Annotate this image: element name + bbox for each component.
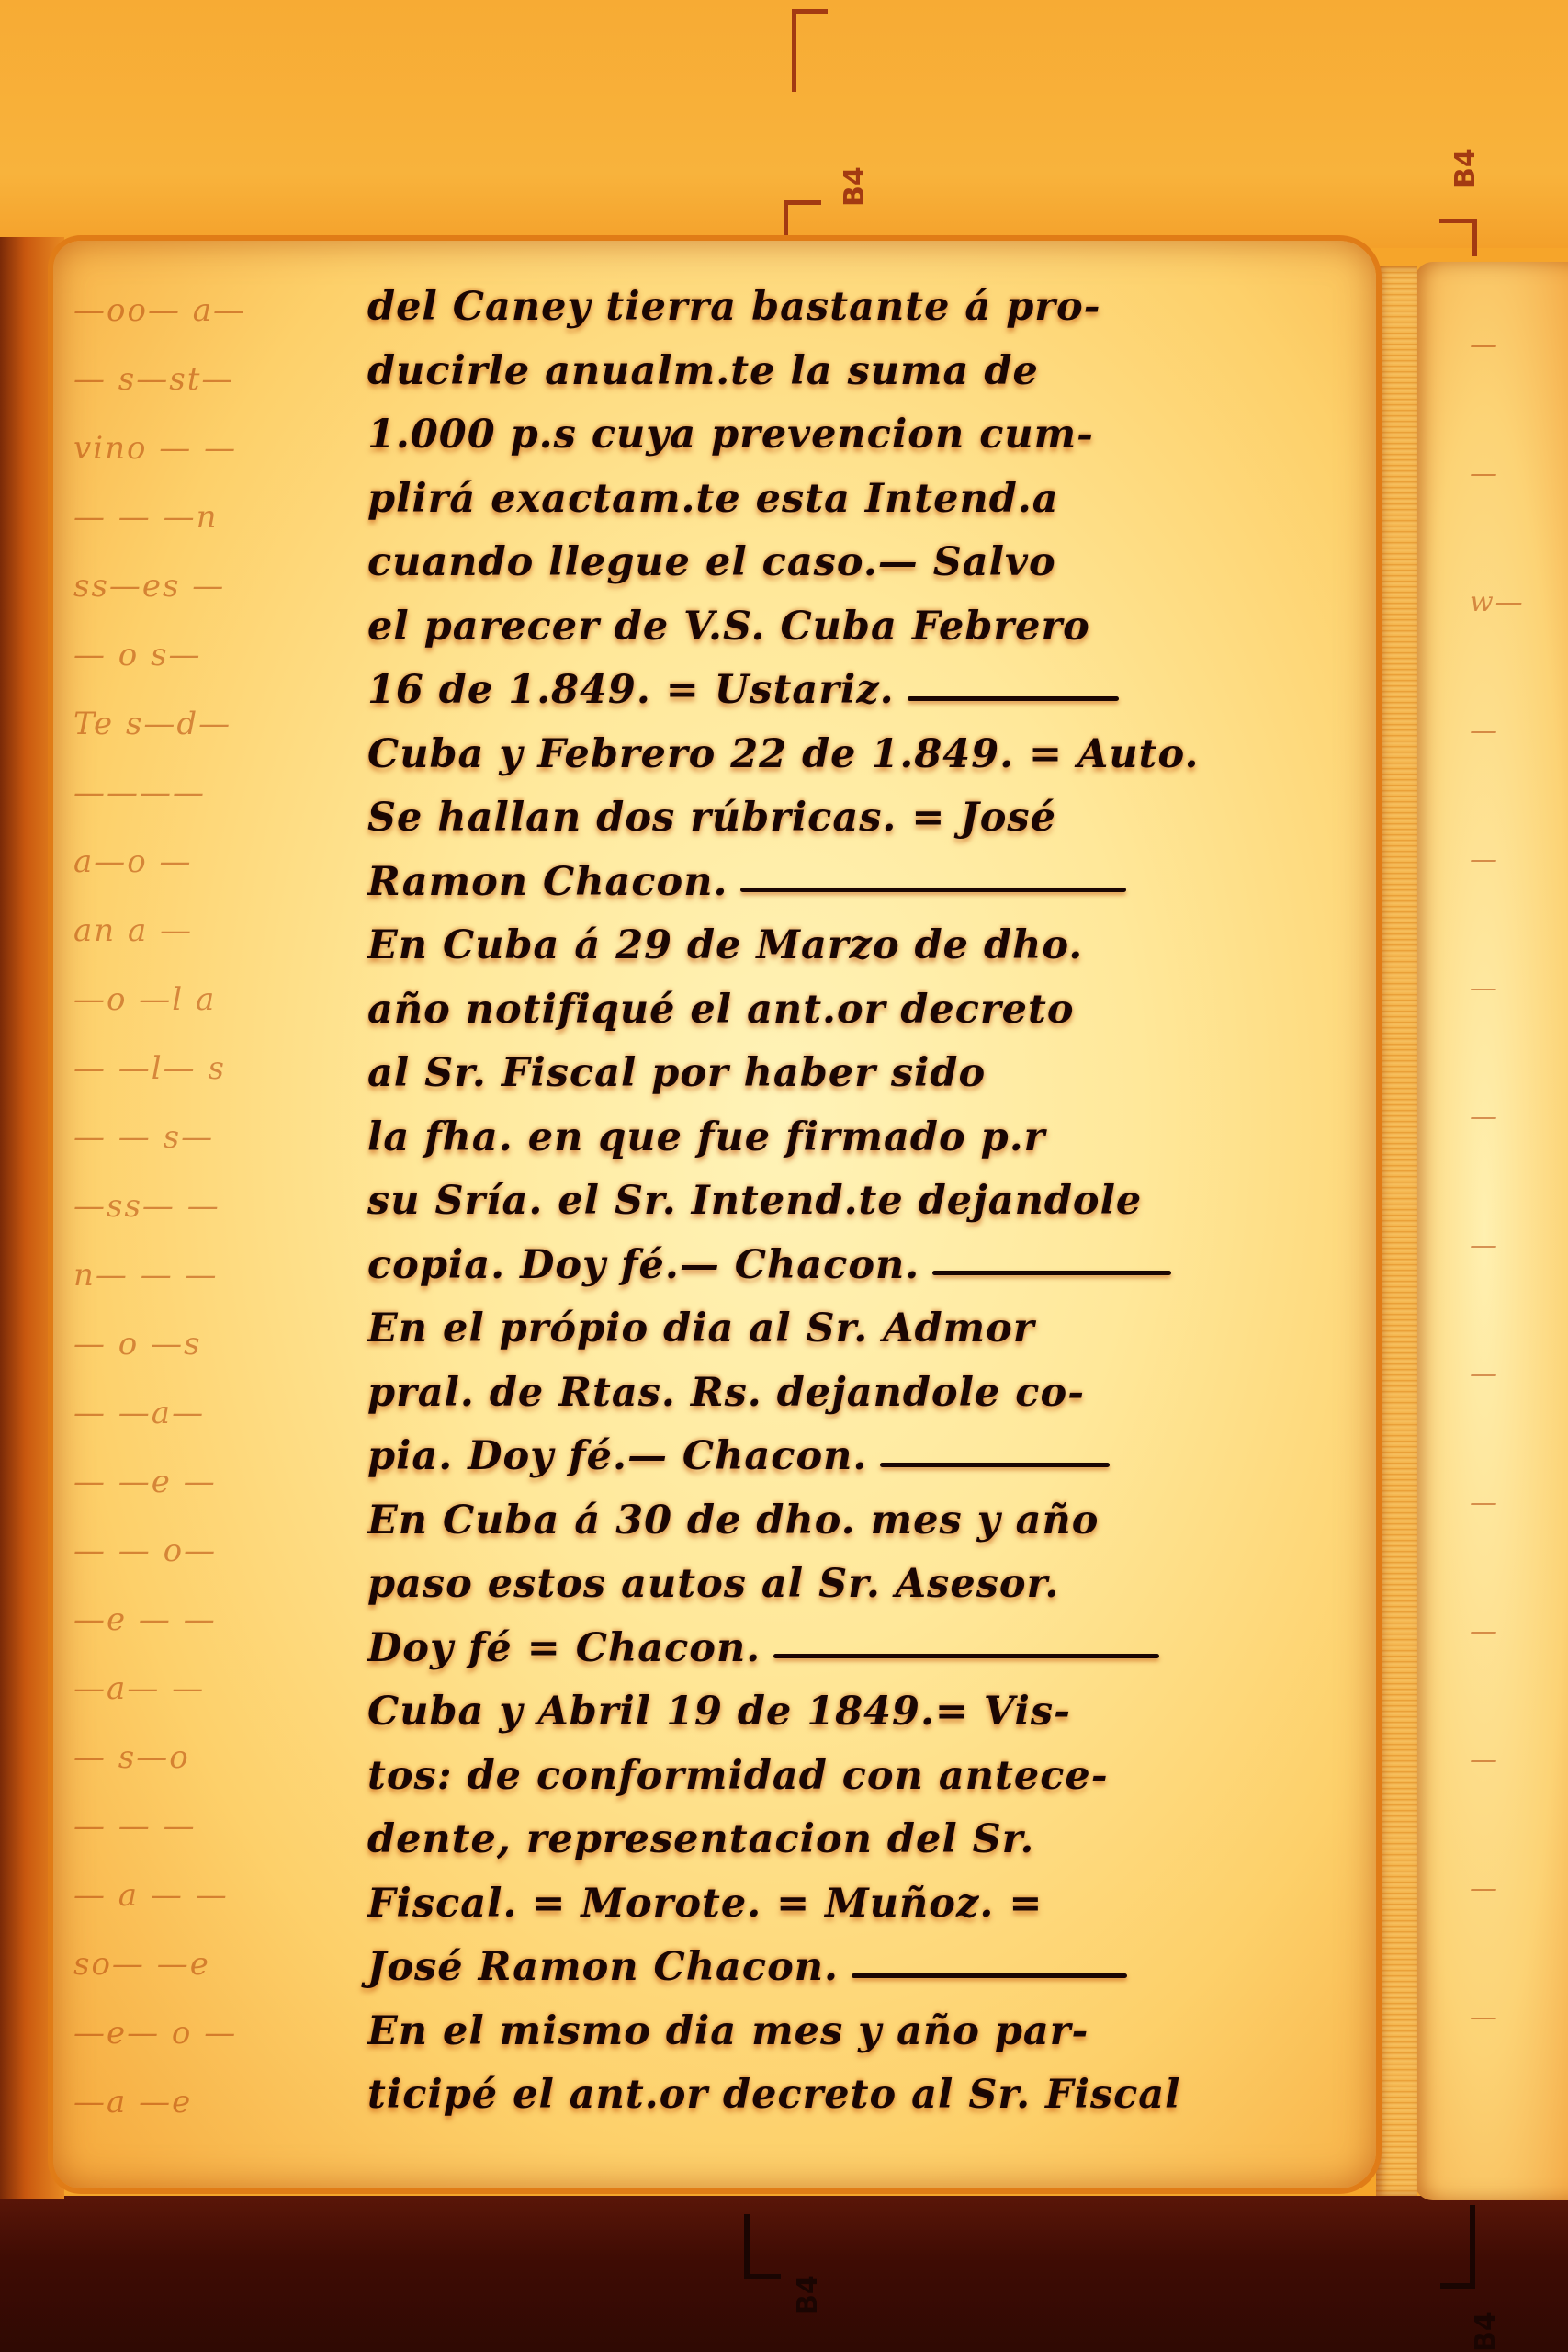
- bleed-line: —: [1470, 1856, 1568, 1984]
- manuscript-line: 16 de 1.849. = Ustariz.: [367, 659, 1350, 723]
- manuscript-line: Se hallan dos rúbricas. = José: [367, 786, 1350, 851]
- manuscript-line-text: Cuba y Febrero 22 de 1.849. = Auto.: [367, 731, 1199, 777]
- manuscript-line-text: pia. Doy fé.— Chacon.: [367, 1433, 867, 1479]
- bleed-line: —oo— a—: [73, 276, 377, 345]
- manuscript-line-text: 16 de 1.849. = Ustariz.: [367, 667, 895, 713]
- bleed-line: — — s—: [73, 1102, 377, 1171]
- bleed-line: —: [1470, 1470, 1568, 1599]
- bleed-line: — —l— s: [73, 1034, 377, 1102]
- bleed-line: — s—o: [73, 1723, 377, 1792]
- manuscript-line-text: del Caney tierra bastante á pro-: [367, 284, 1100, 330]
- manuscript-line: el parecer de V.S. Cuba Febrero: [367, 595, 1350, 660]
- manuscript-line-text: cuando llegue el caso.— Salvo: [367, 539, 1056, 585]
- manuscript-line: dente, representacion del Sr.: [367, 1808, 1350, 1872]
- bleed-line: — —e —: [73, 1447, 377, 1516]
- manuscript-line-text: En el própio dia al Sr. Admor: [367, 1306, 1035, 1351]
- manuscript-line-text: En Cuba á 30 de dho. mes y año: [367, 1498, 1099, 1543]
- manuscript-line: pral. de Rtas. Rs. dejandole co-: [367, 1362, 1350, 1426]
- manuscript-text-block: del Caney tierra bastante á pro-ducirle …: [367, 276, 1350, 2128]
- crop-mark-top-left-upper: [792, 9, 828, 92]
- crop-mark-bottom-left: [744, 2214, 781, 2279]
- manuscript-line: 1.000 p.s cuya prevencion cum-: [367, 403, 1350, 468]
- manuscript-line: José Ramon Chacon.: [367, 1936, 1350, 2000]
- bleed-line: —: [1470, 1341, 1568, 1470]
- archive-mark-top-left: B4: [839, 166, 871, 207]
- manuscript-line: plirá exactam.te esta Intend.a: [367, 468, 1350, 532]
- bleed-line: —o —l a: [73, 965, 377, 1034]
- bleed-line: — s—st—: [73, 345, 377, 413]
- bleed-line: —: [1470, 441, 1568, 570]
- manuscript-line-text: paso estos autos al Sr. Asesor.: [367, 1561, 1059, 1607]
- manuscript-line: la fha. en que fue firmado p.r: [367, 1106, 1350, 1170]
- manuscript-line-text: Doy fé = Chacon.: [367, 1625, 761, 1671]
- manuscript-line-text: En Cuba á 29 de Marzo de dho.: [367, 922, 1083, 968]
- manuscript-line-text: pral. de Rtas. Rs. dejandole co-: [367, 1370, 1085, 1416]
- scan-background-bottom: [0, 2196, 1568, 2352]
- archive-mark-bottom-right: B4: [1470, 2312, 1502, 2352]
- archive-mark-bottom-left: B4: [792, 2275, 824, 2315]
- manuscript-line: al Sr. Fiscal por haber sido: [367, 1042, 1350, 1106]
- bleed-line: —a —e: [73, 2067, 377, 2136]
- manuscript-line-text: Fiscal. = Morote. = Muñoz. =: [367, 1881, 1043, 1927]
- bleed-line: —: [1470, 955, 1568, 1084]
- bleed-line: — —a—: [73, 1378, 377, 1447]
- bleed-line: —: [1470, 698, 1568, 827]
- crop-mark-bottom-right: [1440, 2205, 1475, 2289]
- manuscript-line: su Sría. el Sr. Intend.te dejandole: [367, 1170, 1350, 1234]
- bleed-line: an a —: [73, 896, 377, 965]
- page-gutter: [1376, 266, 1417, 2196]
- manuscript-line: En Cuba á 30 de dho. mes y año: [367, 1489, 1350, 1554]
- manuscript-line: año notifiqué el ant.or decreto: [367, 978, 1350, 1043]
- bleed-through-text-left: —oo— a— — s—st— vino — — — — —n ss—es — …: [73, 276, 377, 2113]
- bleed-line: — o —s: [73, 1309, 377, 1378]
- closing-rule-line: [740, 888, 1126, 892]
- bleed-line: so— —e: [73, 1929, 377, 1998]
- manuscript-line-text: el parecer de V.S. Cuba Febrero: [367, 604, 1090, 650]
- manuscript-line-text: Ramon Chacon.: [367, 859, 728, 905]
- manuscript-line-text: año notifiqué el ant.or decreto: [367, 987, 1075, 1033]
- bleed-line: vino — —: [73, 413, 377, 482]
- manuscript-line: cuando llegue el caso.— Salvo: [367, 531, 1350, 595]
- manuscript-line-text: ducirle anualm.te la suma de: [367, 348, 1039, 394]
- bleed-line: —: [1470, 1984, 1568, 2113]
- bleed-line: —: [1470, 827, 1568, 955]
- bleed-line: —e— o —: [73, 1998, 377, 2067]
- bleed-line: Te s—d—: [73, 689, 377, 758]
- manuscript-line-text: ticipé el ant.or decreto al Sr. Fiscal: [367, 2072, 1181, 2118]
- manuscript-line: En Cuba á 29 de Marzo de dho.: [367, 914, 1350, 978]
- manuscript-line: ticipé el ant.or decreto al Sr. Fiscal: [367, 2064, 1350, 2128]
- bleed-line: — — o—: [73, 1516, 377, 1585]
- manuscript-line: Cuba y Abril 19 de 1849.= Vis-: [367, 1680, 1350, 1745]
- manuscript-line-text: la fha. en que fue firmado p.r: [367, 1114, 1045, 1160]
- manuscript-line: Doy fé = Chacon.: [367, 1617, 1350, 1681]
- crop-mark-top-left: [784, 200, 821, 243]
- bleed-line: —: [1470, 1599, 1568, 1727]
- bleed-line: — — —n: [73, 482, 377, 551]
- bleed-line: —a— —: [73, 1654, 377, 1723]
- closing-rule-line: [773, 1654, 1159, 1658]
- crop-mark-top-right: [1439, 219, 1477, 256]
- manuscript-line: pia. Doy fé.— Chacon.: [367, 1425, 1350, 1489]
- manuscript-line: Ramon Chacon.: [367, 851, 1350, 915]
- manuscript-line-text: copia. Doy fé.— Chacon.: [367, 1242, 919, 1288]
- manuscript-line: Cuba y Febrero 22 de 1.849. = Auto.: [367, 723, 1350, 787]
- bleed-line: — o s—: [73, 620, 377, 689]
- closing-rule-line: [932, 1271, 1171, 1275]
- manuscript-line-text: tos: de conformidad con antece-: [367, 1753, 1109, 1799]
- manuscript-line: Fiscal. = Morote. = Muñoz. =: [367, 1872, 1350, 1937]
- manuscript-line: tos: de conformidad con antece-: [367, 1745, 1350, 1809]
- bleed-line: —: [1470, 1213, 1568, 1341]
- bleed-line: ————: [73, 758, 377, 827]
- manuscript-line: En el própio dia al Sr. Admor: [367, 1297, 1350, 1362]
- manuscript-line-text: al Sr. Fiscal por haber sido: [367, 1050, 986, 1096]
- manuscript-line: copia. Doy fé.— Chacon.: [367, 1234, 1350, 1298]
- manuscript-line-text: plirá exactam.te esta Intend.a: [367, 476, 1059, 522]
- bleed-through-text-right: — — w— — — — — — — — — — — —: [1470, 312, 1568, 2150]
- bleed-line: —ss— —: [73, 1171, 377, 1240]
- manuscript-line-text: su Sría. el Sr. Intend.te dejandole: [367, 1178, 1142, 1224]
- manuscript-line-text: José Ramon Chacon.: [367, 1944, 839, 1990]
- manuscript-line-text: 1.000 p.s cuya prevencion cum-: [367, 412, 1094, 458]
- bleed-line: ss—es —: [73, 551, 377, 620]
- bleed-line: —: [1470, 1084, 1568, 1213]
- bleed-line: n— — —: [73, 1240, 377, 1309]
- manuscript-line-text: Cuba y Abril 19 de 1849.= Vis-: [367, 1689, 1071, 1735]
- bleed-line: — — —: [73, 1792, 377, 1860]
- bleed-line: —e — —: [73, 1585, 377, 1654]
- manuscript-line: del Caney tierra bastante á pro-: [367, 276, 1350, 340]
- archive-mark-top-right: B4: [1450, 148, 1482, 188]
- manuscript-line-text: Se hallan dos rúbricas. = José: [367, 795, 1056, 841]
- manuscript-line-text: dente, representacion del Sr.: [367, 1816, 1034, 1862]
- bleed-line: — a — —: [73, 1860, 377, 1929]
- closing-rule-line: [908, 696, 1119, 701]
- bleed-line: w—: [1470, 570, 1568, 698]
- manuscript-line: En el mismo dia mes y año par-: [367, 2000, 1350, 2064]
- manuscript-line: paso estos autos al Sr. Asesor.: [367, 1553, 1350, 1617]
- bleed-line: —: [1470, 1727, 1568, 1856]
- manuscript-line-text: En el mismo dia mes y año par-: [367, 2008, 1089, 2054]
- closing-rule-line: [880, 1463, 1110, 1467]
- bleed-line: a—o —: [73, 827, 377, 896]
- manuscript-line: ducirle anualm.te la suma de: [367, 340, 1350, 404]
- bleed-line: —: [1470, 312, 1568, 441]
- closing-rule-line: [852, 1973, 1127, 1978]
